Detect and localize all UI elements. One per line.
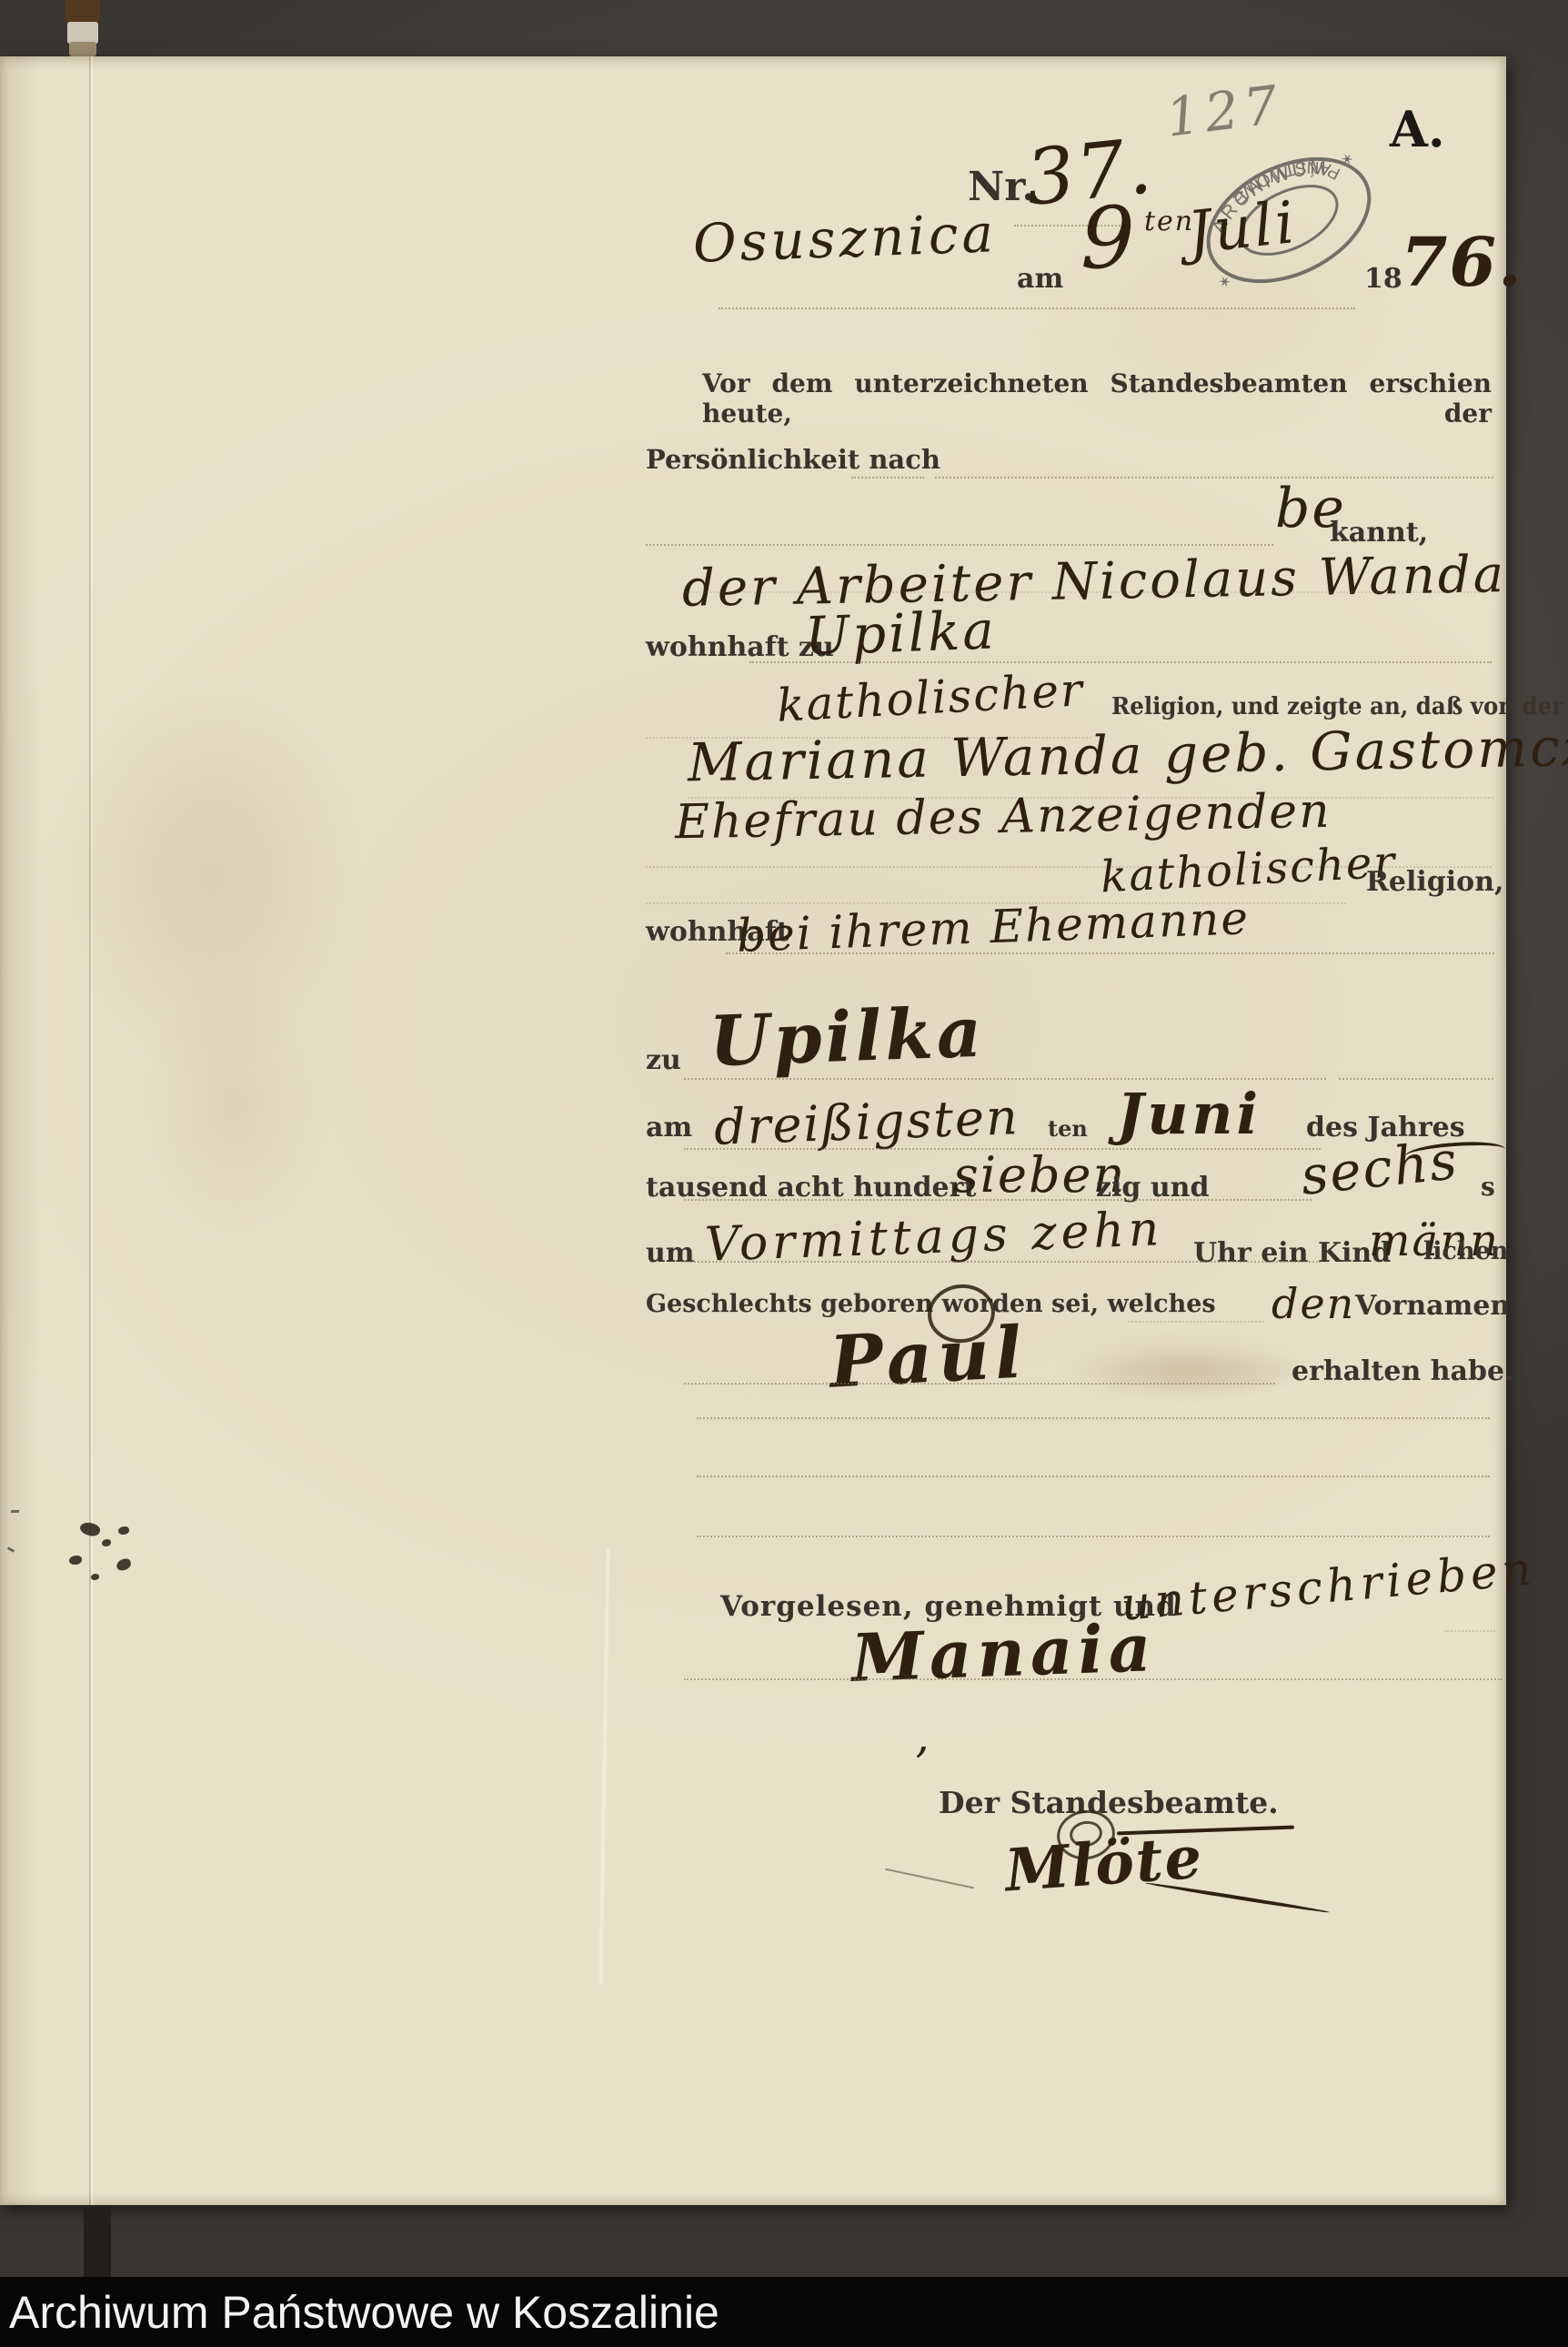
- ink-blot: [116, 1557, 133, 1572]
- dotted-rule: [1128, 1321, 1264, 1323]
- dotted-rule: [684, 1678, 1503, 1680]
- pencil-mark: [7, 1546, 15, 1553]
- year-entry: 76.: [1401, 224, 1523, 302]
- pencil-mark: [11, 1510, 19, 1513]
- archive-footer-text: Archiwum Państwowe w Koszalinie: [0, 2286, 719, 2339]
- ink-blot: [78, 1520, 101, 1539]
- binding-thread: [65, 0, 100, 24]
- lichen-label: lichen: [1423, 1237, 1508, 1265]
- apostrophe-mark: ’: [914, 1738, 930, 1790]
- dotted-rule: [726, 952, 1494, 954]
- dotted-rule: [749, 661, 1492, 663]
- binding-thread: [69, 42, 96, 56]
- firstname-entry: Paul: [828, 1311, 1030, 1404]
- ink-blot: [69, 1556, 82, 1565]
- dotted-rule: [684, 1078, 1326, 1080]
- ink-blot: [118, 1526, 129, 1535]
- gutter-shadow: [84, 2205, 111, 2277]
- ink-smudge: [1073, 1348, 1310, 1395]
- fold-crease: [599, 1548, 609, 1985]
- dotted-rule: [684, 1199, 1312, 1201]
- zu-label: zu: [646, 1044, 681, 1076]
- residence-entry: Upilka: [804, 599, 998, 667]
- ten-label: ten: [1048, 1115, 1088, 1142]
- ink-blot: [102, 1539, 111, 1546]
- dotted-rule: [719, 307, 1355, 309]
- den-entry: den: [1271, 1279, 1355, 1328]
- am-label: am: [1017, 263, 1063, 295]
- dotted-rule: [851, 477, 924, 478]
- signature-flourish: [885, 1869, 974, 1889]
- registrar-heading: Der Standesbeamte.: [939, 1785, 1279, 1820]
- dotted-rule: [684, 1261, 1321, 1263]
- month-entry: Juli: [1184, 189, 1300, 267]
- binding-thread: [67, 22, 98, 44]
- uhr-label: Uhr ein Kind: [1193, 1237, 1391, 1269]
- dotted-rule: [1339, 1078, 1493, 1080]
- am2-label: am: [646, 1112, 692, 1143]
- religion-label-2: Religion,: [1366, 866, 1503, 898]
- intro-line-1: Vor dem unterzeichneten Standesbeamten e…: [702, 368, 1492, 428]
- religion-label-1: Religion, und zeigte an, daß von der: [1111, 693, 1563, 720]
- dotted-rule: [697, 1536, 1490, 1537]
- dotted-rule: [1444, 1630, 1495, 1632]
- ink-blot: [91, 1574, 99, 1580]
- scan-stage: 127 A. ARCHIWUM PAŃSTWOWE ✶ ✶ Nr. 37.: [0, 0, 1568, 2347]
- dotted-rule: [697, 1476, 1490, 1477]
- fold-crease: [91, 56, 93, 2205]
- document-page: 127 A. ARCHIWUM PAŃSTWOWE ✶ ✶ Nr. 37.: [0, 56, 1506, 2205]
- dotted-rule: [697, 1417, 1490, 1419]
- year-printed: 18: [1364, 263, 1402, 295]
- dotted-rule: [646, 544, 1273, 546]
- dotted-rule: [686, 591, 1486, 593]
- vornamen-label: Vornamen: [1355, 1290, 1510, 1322]
- dotted-rule: [684, 1383, 1275, 1385]
- dotted-rule: [935, 477, 1493, 478]
- erhalten-label: erhalten habe.: [1292, 1355, 1514, 1387]
- s-label: s: [1481, 1172, 1495, 1202]
- signature-flourish: [1145, 1881, 1330, 1914]
- religion-entry-1: katholischer: [776, 663, 1085, 732]
- declarant-signature: Manaia: [850, 1608, 1158, 1697]
- registrar-signature: Mlöte: [1003, 1823, 1206, 1905]
- archive-footer-bar: Archiwum Państwowe w Koszalinie: [0, 2277, 1568, 2347]
- mother-relation-entry: Ehefrau des Anzeigenden: [675, 784, 1332, 851]
- place-entry: Osusznica: [692, 202, 998, 275]
- birthplace-entry: Upilka: [709, 992, 987, 1083]
- unterschrieben-entry: unterschrieben: [1119, 1542, 1537, 1631]
- personality-line: Persönlichkeit nach: [646, 444, 940, 475]
- known-label: kannt,: [1330, 517, 1428, 549]
- um-label: um: [646, 1237, 695, 1269]
- birth-month-entry: Juni: [1117, 1081, 1261, 1147]
- form-letter-a: A.: [1390, 100, 1445, 158]
- day-entry: 9: [1081, 189, 1137, 288]
